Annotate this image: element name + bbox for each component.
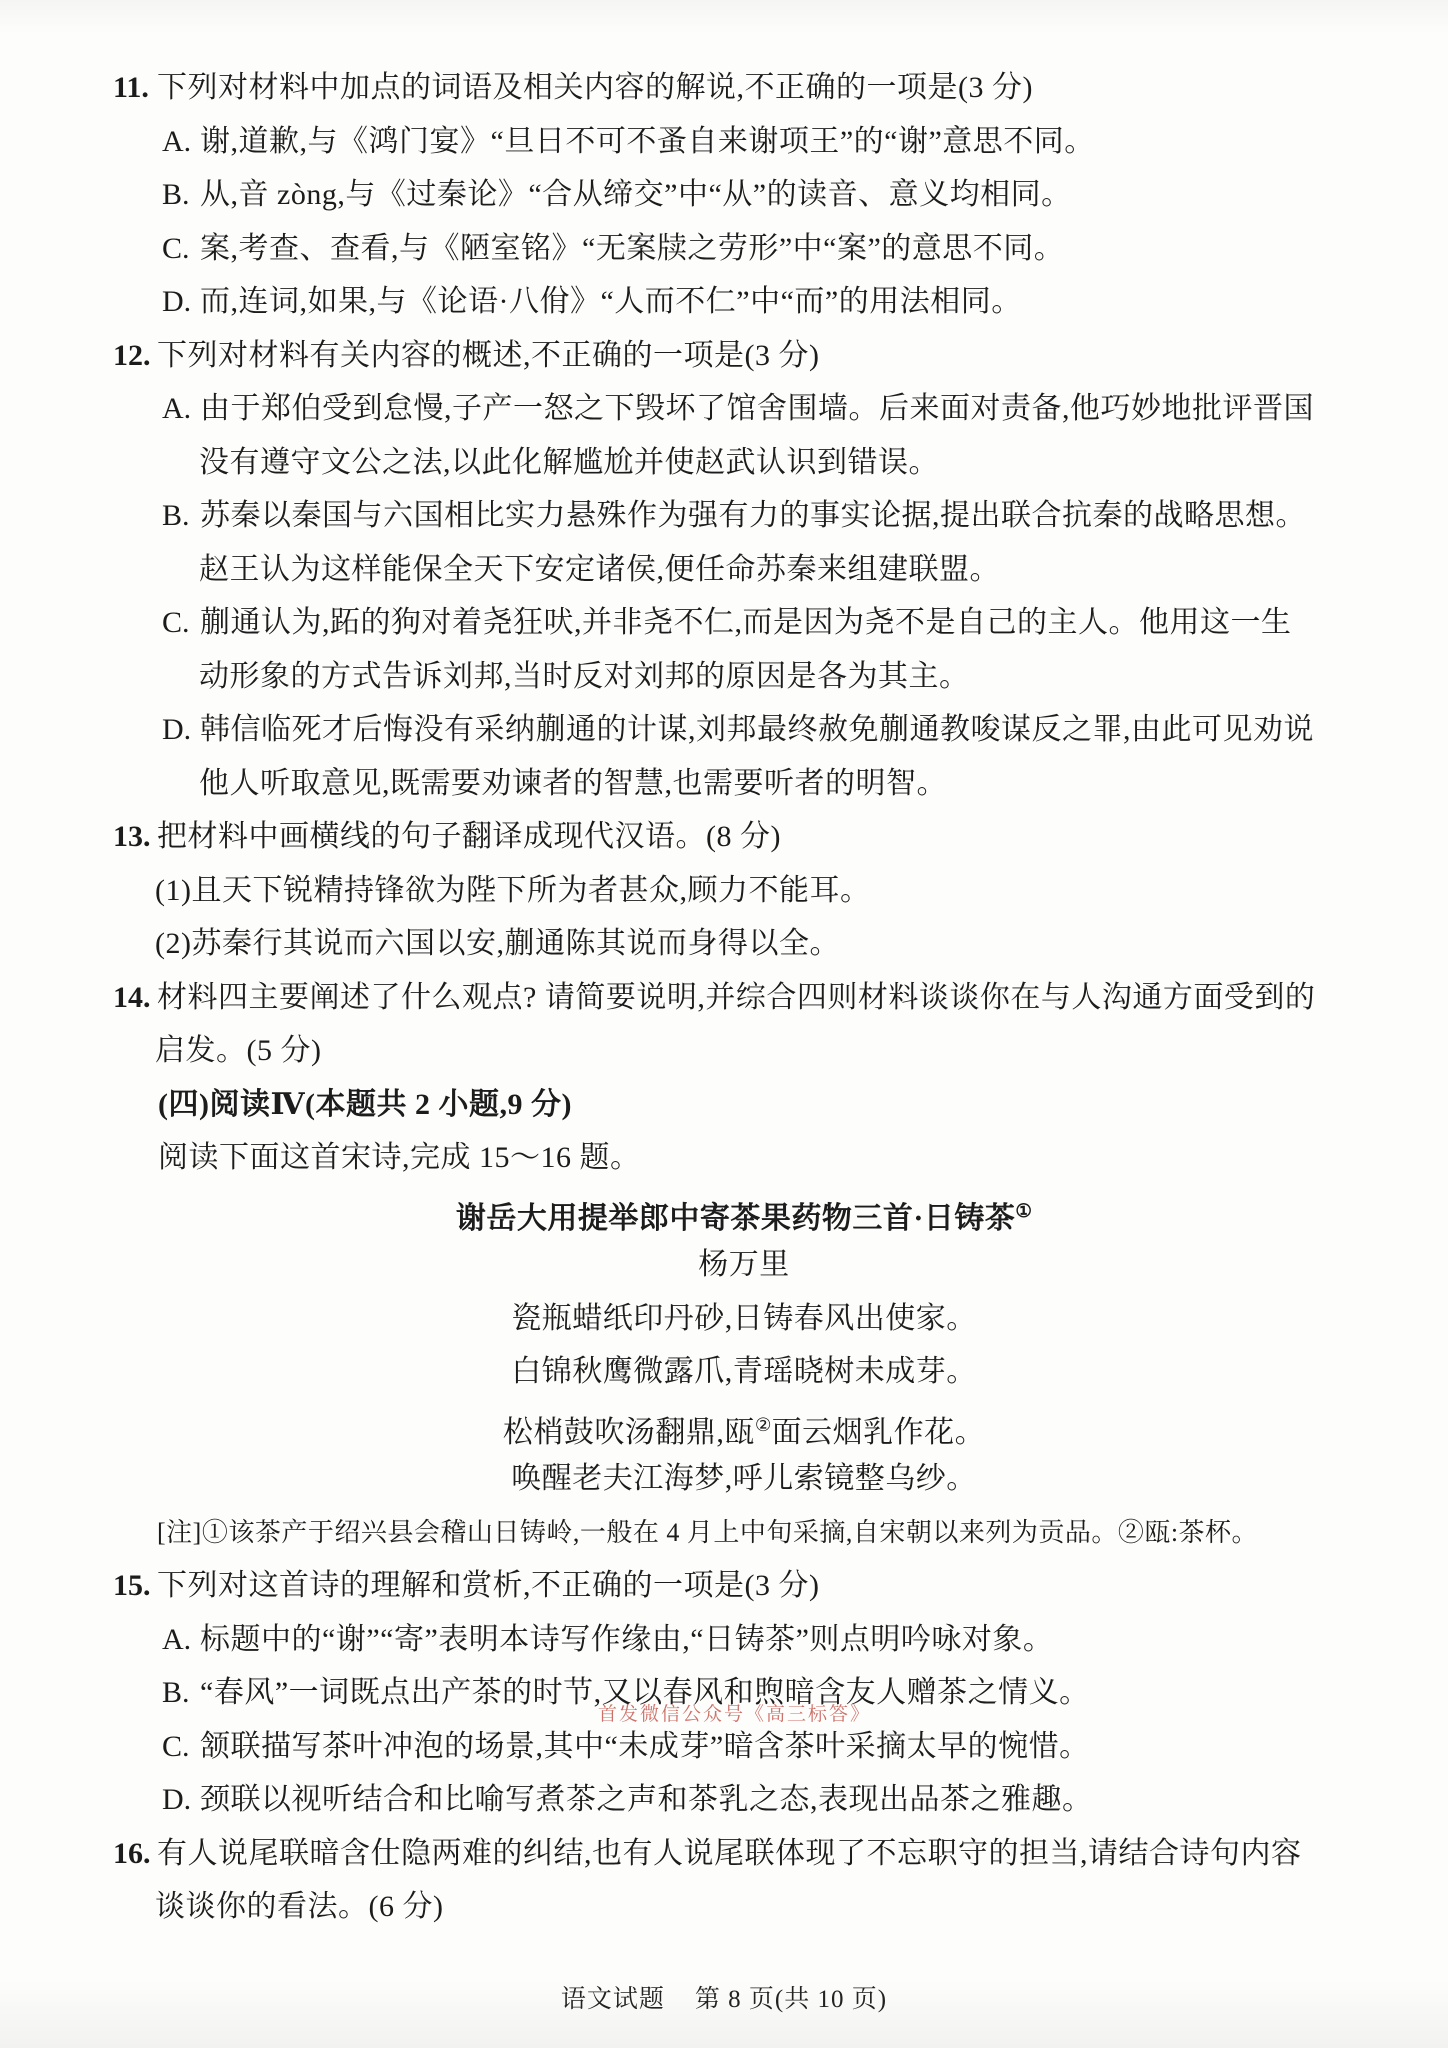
question-11-option-a: A.谢,道歉,与《鸿门宴》“旦日不可不蚤自来谢项王”的“谢”意思不同。 [162,115,1448,169]
question-16-stem-line-2: 谈谈你的看法。(6 分) [155,1880,1448,1934]
exam-content: 11.下列对材料中加点的词语及相关内容的解说,不正确的一项是(3 分) A.谢,… [0,0,1448,1934]
option-text: 案,考查、查看,与《陋室铭》“无案牍之劳形”中“案”的意思不同。 [200,232,1064,265]
option-label: B. [162,1666,200,1720]
poem-note: [注]①该茶产于绍兴县会稽山日铸岭,一般在 4 月上中旬采摘,自宋朝以来列为贡品… [157,1506,1448,1560]
question-13-subitem-2: (2)苏秦行其说而六国以安,蒯通陈其说而身得以全。 [155,917,1448,971]
question-11-option-b: B.从,音 zòng,与《过秦论》“合从缔交”中“从”的读音、意义均相同。 [162,168,1448,222]
question-12-text: 下列对材料有关内容的概述,不正确的一项是(3 分) [157,339,819,372]
exam-paper-page: 11.下列对材料中加点的词语及相关内容的解说,不正确的一项是(3 分) A.谢,… [0,0,1448,2048]
question-11-option-d: D.而,连词,如果,与《论语·八佾》“人而不仁”中“而”的用法相同。 [162,275,1448,329]
question-14-stem: 14.材料四主要阐述了什么观点? 请简要说明,并综合四则材料谈谈你在与人沟通方面… [113,971,1448,1025]
option-label: D. [162,703,200,757]
section-4-header: (四)阅读Ⅳ(本题共 2 小题,9 分) [158,1078,1448,1132]
question-11-stem: 11.下列对材料中加点的词语及相关内容的解说,不正确的一项是(3 分) [113,61,1448,115]
question-13-subitem-1: (1)且天下锐精持锋欲为陛下所为者甚众,顾力不能耳。 [155,864,1448,918]
poem-line-4: 唤醒老夫江海梦,呼儿索镜整乌纱。 [40,1452,1448,1506]
option-text: 韩信临死才后悔没有采纳蒯通的计谋,刘邦最终赦免蒯通教唆谋反之罪,由此可见劝说 [200,713,1314,746]
question-11-option-c: C.案,考查、查看,与《陋室铭》“无案牍之劳形”中“案”的意思不同。 [162,222,1448,276]
question-15-stem: 15.下列对这首诗的理解和赏析,不正确的一项是(3 分) [113,1559,1448,1613]
question-15-option-c: C.颔联描写茶叶冲泡的场景,其中“未成芽”暗含茶叶采摘太早的惋惜。 [162,1720,1448,1774]
question-13-stem: 13.把材料中画横线的句子翻译成现代汉语。(8 分) [113,810,1448,864]
question-12-stem: 12.下列对材料有关内容的概述,不正确的一项是(3 分) [113,329,1448,383]
question-12-option-c-line-2: 动形象的方式告诉刘邦,当时反对刘邦的原因是各为其主。 [199,650,1448,704]
option-text: 由于郑伯受到怠慢,子产一怒之下毁坏了馆舍围墙。后来面对责备,他巧妙地批评晋国 [200,392,1314,425]
option-label: D. [162,1773,200,1827]
question-13-number: 13. [113,810,157,864]
question-12-option-a-line-2: 没有遵守文公之法,以此化解尴尬并使赵武认识到错误。 [199,436,1448,490]
footer-doc-title: 语文试题 [561,1986,665,2013]
option-label: A. [162,382,200,436]
option-label: C. [162,1720,200,1774]
question-11-text: 下列对材料中加点的词语及相关内容的解说,不正确的一项是(3 分) [157,71,1033,104]
poem-title-footnote-mark: ① [1015,1201,1032,1222]
option-text: 颔联描写茶叶冲泡的场景,其中“未成芽”暗含茶叶采摘太早的惋惜。 [200,1730,1090,1763]
option-label: C. [162,596,200,650]
option-label: C. [162,222,200,276]
poem-line-3-text: 面云烟乳作花。 [772,1416,986,1449]
poem-line-3: 松梢鼓吹汤翻鼎,瓯②面云烟乳作花。 [40,1399,1448,1453]
poem-title: 谢岳大用提举郎中寄茶果药物三首·日铸茶① [40,1185,1448,1239]
question-14-number: 14. [113,971,157,1025]
question-14-text: 材料四主要阐述了什么观点? 请简要说明,并综合四则材料谈谈你在与人沟通方面受到的 [157,981,1315,1014]
question-12-option-d: D.韩信临死才后悔没有采纳蒯通的计谋,刘邦最终赦免蒯通教唆谋反之罪,由此可见劝说 [162,703,1448,757]
poem-title-text: 谢岳大用提举郎中寄茶果药物三首·日铸茶 [456,1202,1016,1235]
option-label: D. [162,275,200,329]
page-footer: 语文试题第 8 页(共 10 页) [0,1973,1448,2027]
option-text: 而,连词,如果,与《论语·八佾》“人而不仁”中“而”的用法相同。 [200,285,1022,318]
option-label: B. [162,489,200,543]
poem-author: 杨万里 [40,1238,1448,1292]
question-12-option-b-line-2: 赵王认为这样能保全天下安定诸侯,便任命苏秦来组建联盟。 [199,543,1448,597]
question-14-stem-line-2: 启发。(5 分) [155,1024,1448,1078]
question-11-number: 11. [113,61,157,115]
option-text: 蒯通认为,跖的狗对着尧狂吠,并非尧不仁,而是因为尧不是自己的主人。他用这一生 [200,606,1292,639]
option-text: 颈联以视听结合和比喻写煮茶之声和茶乳之态,表现出品茶之雅趣。 [200,1783,1093,1816]
question-16-stem: 16.有人说尾联暗含仕隐两难的纠结,也有人说尾联体现了不忘职守的担当,请结合诗句… [113,1827,1448,1881]
option-text: 标题中的“谢”“寄”表明本诗写作缘由,“日铸茶”则点明吟咏对象。 [200,1623,1053,1656]
option-label: A. [162,115,200,169]
question-15-text: 下列对这首诗的理解和赏析,不正确的一项是(3 分) [157,1569,819,1602]
poem-line-1: 瓷瓶蜡纸印丹砂,日铸春风出使家。 [40,1292,1448,1346]
poem-line-3-footnote-mark: ② [755,1415,772,1436]
red-watermark-text: 首发微信公众号《高三标答》 [598,1703,871,1727]
question-15-option-d: D.颈联以视听结合和比喻写煮茶之声和茶乳之态,表现出品茶之雅趣。 [162,1773,1448,1827]
poem-line-3-text: 松梢鼓吹汤翻鼎,瓯 [503,1416,755,1449]
poem-line-2: 白锦秋鹰微露爪,青瑶晓树未成芽。 [40,1345,1448,1399]
option-text: 谢,道歉,与《鸿门宴》“旦日不可不蚤自来谢项王”的“谢”意思不同。 [200,125,1095,158]
question-12-option-d-line-2: 他人听取意见,既需要劝谏者的智慧,也需要听者的明智。 [199,757,1448,811]
option-label: B. [162,168,200,222]
section-4-intro: 阅读下面这首宋诗,完成 15～16 题。 [158,1131,1448,1185]
question-15-number: 15. [113,1559,157,1613]
question-16-number: 16. [113,1827,157,1881]
question-12-option-a: A.由于郑伯受到怠慢,子产一怒之下毁坏了馆舍围墙。后来面对责备,他巧妙地批评晋国 [162,382,1448,436]
question-15-option-a: A.标题中的“谢”“寄”表明本诗写作缘由,“日铸茶”则点明吟咏对象。 [162,1613,1448,1667]
question-12-number: 12. [113,329,157,383]
question-12-option-c: C.蒯通认为,跖的狗对着尧狂吠,并非尧不仁,而是因为尧不是自己的主人。他用这一生 [162,596,1448,650]
question-16-text: 有人说尾联暗含仕隐两难的纠结,也有人说尾联体现了不忘职守的担当,请结合诗句内容 [157,1837,1302,1870]
option-text: 苏秦以秦国与六国相比实力悬殊作为强有力的事实论据,提出联合抗秦的战略思想。 [200,499,1306,532]
option-text: 从,音 zòng,与《过秦论》“合从缔交”中“从”的读音、意义均相同。 [200,178,1072,211]
question-12-option-b: B.苏秦以秦国与六国相比实力悬殊作为强有力的事实论据,提出联合抗秦的战略思想。 [162,489,1448,543]
option-label: A. [162,1613,200,1667]
footer-page-number: 第 8 页(共 10 页) [695,1986,887,2013]
question-13-text: 把材料中画横线的句子翻译成现代汉语。(8 分) [157,820,781,853]
